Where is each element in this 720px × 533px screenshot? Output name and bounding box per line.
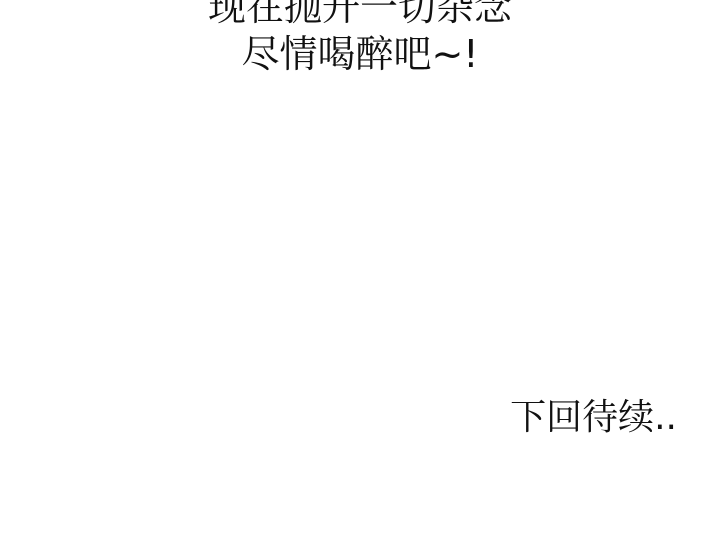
top-caption: 现在抛开一切杂念 尽情喝醉吧~! xyxy=(0,0,720,78)
to-be-continued-label: 下回待续.. xyxy=(510,396,677,439)
caption-line-2: 尽情喝醉吧~! xyxy=(0,31,720,78)
comic-page: 现在抛开一切杂念 尽情喝醉吧~! 下回待续.. xyxy=(0,0,720,533)
caption-line-1: 现在抛开一切杂念 xyxy=(0,0,720,31)
